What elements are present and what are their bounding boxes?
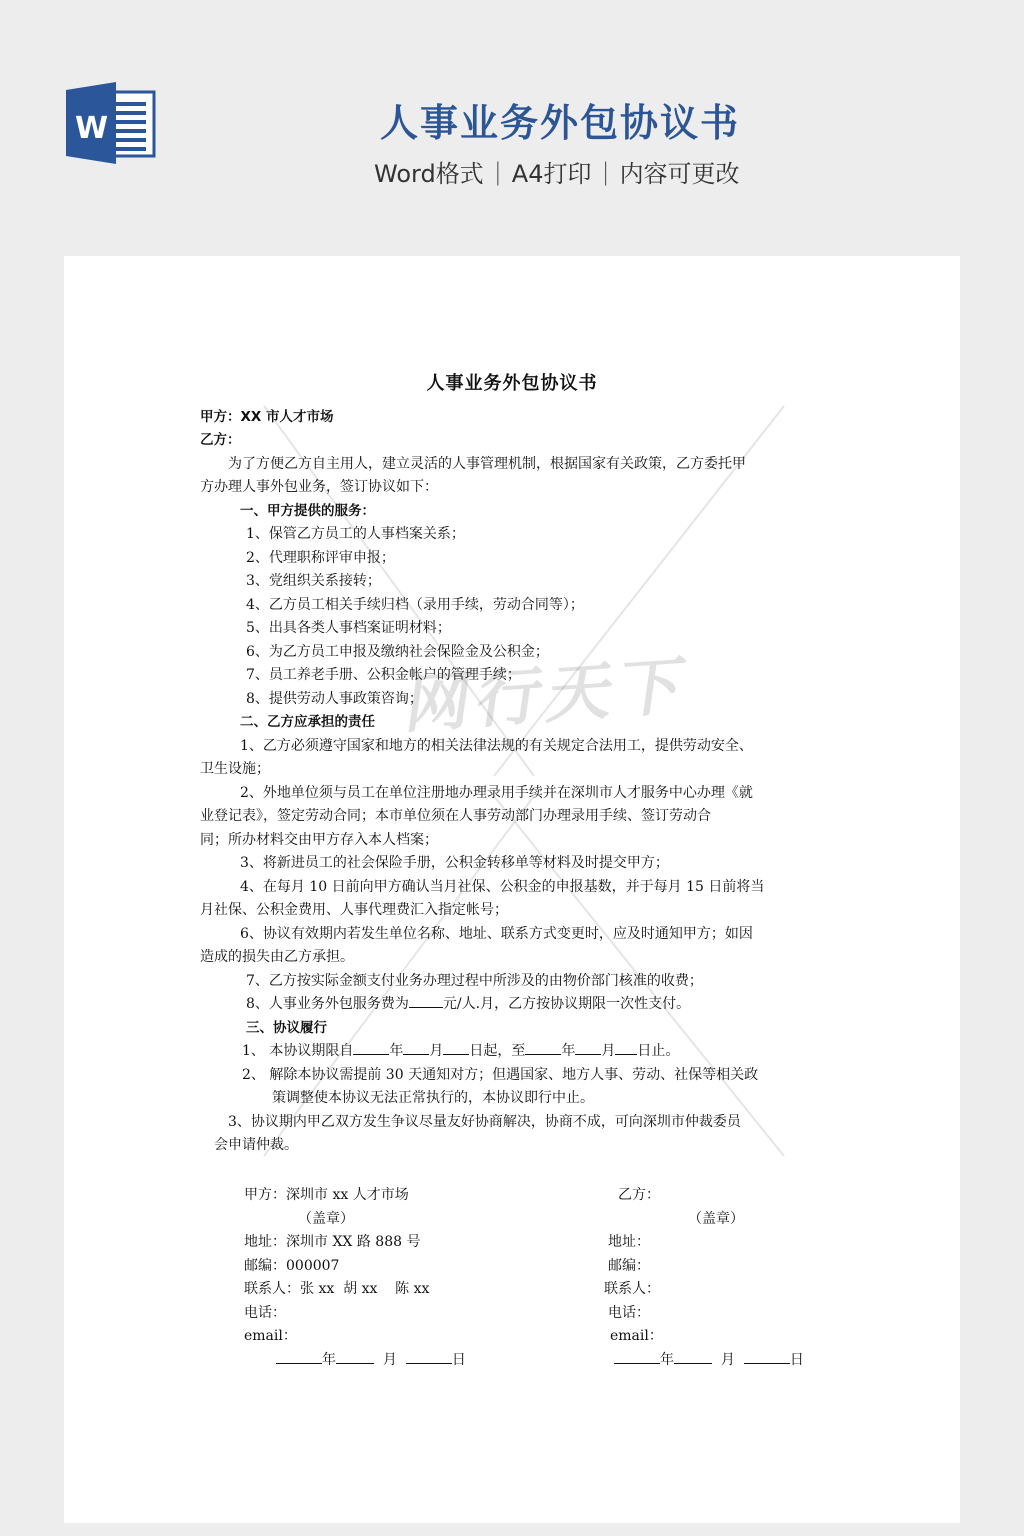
list-item: 1、保管乙方员工的人事档案关系； [200, 523, 824, 547]
party-a-address: 地址：深圳市 XX 路 888 号 [244, 1231, 564, 1255]
end-year-blank[interactable] [525, 1040, 561, 1055]
list-item: 6、协议有效期内若发生单位名称、地址、联系方式变更时，应及时通知甲方；如因 [200, 923, 824, 947]
header-subtitle: Word格式 | A4打印 | 内容可更改 [330, 154, 854, 189]
list-item-cont: 月社保、公积金费用、人事代理费汇入指定帐号； [200, 899, 824, 923]
intro-line: 方办理人事外包业务，签订协议如下： [200, 476, 824, 500]
signature-party-a: 甲方：深圳市 xx 人才市场 （盖章） 地址：深圳市 XX 路 888 号 邮编… [244, 1184, 564, 1372]
list-item: 7、员工养老手册、公积金帐户的管理手续； [200, 664, 824, 688]
term-2-cont: 策调整使本协议无法正常执行的，本协议即行中止。 [200, 1087, 824, 1111]
party-a-phone: 电话： [244, 1302, 564, 1326]
subtitle-editable: 内容可更改 [620, 154, 740, 189]
term-3-cont: 会申请仲裁。 [200, 1134, 824, 1158]
list-item: 7、乙方按实际金额支付业务办理过程中所涉及的由物价部门核准的收费； [200, 970, 824, 994]
party-a-contact: 联系人：张 xx 胡 xx 陈 xx [244, 1278, 564, 1302]
list-item: 1、乙方必须遵守国家和地方的相关法律法规的有关规定合法用工，提供劳动安全、 [200, 735, 824, 759]
intro-line: 为了方便乙方自主用人，建立灵活的人事管理机制，根据国家有关政策，乙方委托甲 [200, 453, 824, 477]
party-a: 甲方：XX 市人才市场 [200, 406, 824, 430]
month-blank[interactable] [336, 1349, 374, 1364]
list-item: 5、出具各类人事档案证明材料； [200, 617, 824, 641]
month-blank[interactable] [674, 1349, 712, 1364]
party-a-name: 甲方：深圳市 xx 人才市场 [244, 1184, 564, 1208]
end-month-blank[interactable] [575, 1040, 601, 1055]
party-a-email: email： [244, 1325, 564, 1349]
party-b-postcode: 邮编： [604, 1255, 864, 1279]
party-b-contact: 联系人： [604, 1278, 864, 1302]
list-item: 2、外地单位须与员工在单位注册地办理录用手续并在深圳市人才服务中心办理《就 [200, 782, 824, 806]
signature-party-b: 乙方： （盖章） 地址： 邮编： 联系人： 电话： email： 年 月 日 [604, 1184, 864, 1372]
start-month-blank[interactable] [403, 1040, 429, 1055]
list-item-cont: 卫生设施； [200, 758, 824, 782]
party-b-name: 乙方： [604, 1184, 864, 1208]
section-heading: 二、乙方应承担的责任 [200, 711, 824, 735]
year-blank[interactable] [614, 1349, 660, 1364]
word-document-icon: W [66, 82, 156, 164]
fee-blank[interactable] [409, 993, 443, 1008]
list-item: 2、代理职称评审申报； [200, 547, 824, 571]
party-b: 乙方： [200, 429, 824, 453]
section-heading: 三、协议履行 [200, 1017, 824, 1041]
document-title: 人事业务外包协议书 [200, 372, 824, 396]
party-b-address: 地址： [604, 1231, 864, 1255]
document-page: 网行天下 人事业务外包协议书 甲方：XX 市人才市场 乙方： 为了方便乙方自主用… [64, 256, 960, 1523]
end-day-blank[interactable] [615, 1040, 637, 1055]
document-body: 人事业务外包协议书 甲方：XX 市人才市场 乙方： 为了方便乙方自主用人，建立灵… [200, 372, 824, 1158]
party-b-seal: （盖章） [604, 1208, 864, 1232]
term-1: 1、 本协议期限自年月日起，至年月日止。 [200, 1040, 824, 1064]
term-3: 3、协议期内甲乙双方发生争议尽量友好协商解决，协商不成，可向深圳市仲裁委员 [200, 1111, 824, 1135]
separator: | [494, 158, 502, 186]
list-item-cont: 业登记表》，签定劳动合同；本市单位须在人事劳动部门办理录用手续、签订劳动合 [200, 805, 824, 829]
list-item: 8、提供劳动人事政策咨询； [200, 688, 824, 712]
list-item: 6、为乙方员工申报及缴纳社会保险金及公积金； [200, 641, 824, 665]
party-b-email: email： [604, 1325, 864, 1349]
start-day-blank[interactable] [443, 1040, 469, 1055]
party-a-postcode: 邮编：000007 [244, 1255, 564, 1279]
list-item: 4、乙方员工相关手续归档（录用手续，劳动合同等）； [200, 594, 824, 618]
list-item: 3、党组织关系接转； [200, 570, 824, 594]
year-blank[interactable] [276, 1349, 322, 1364]
subtitle-format: Word格式 [374, 154, 484, 189]
header-title: 人事业务外包协议书 [330, 92, 790, 147]
day-blank[interactable] [744, 1349, 790, 1364]
party-a-seal: （盖章） [244, 1208, 564, 1232]
separator: | [601, 158, 609, 186]
term-2: 2、 解除本协议需提前 30 天通知对方；但遇国家、地方人事、劳动、社保等相关政 [200, 1064, 824, 1088]
list-item: 3、将新进员工的社会保险手册，公积金转移单等材料及时提交甲方； [200, 852, 824, 876]
day-blank[interactable] [406, 1349, 452, 1364]
list-item-cont: 造成的损失由乙方承担。 [200, 946, 824, 970]
svg-text:W: W [75, 111, 108, 146]
subtitle-print: A4打印 [512, 154, 592, 189]
party-b-date: 年 月 日 [604, 1349, 864, 1373]
list-item-fee: 8、人事业务外包服务费为元/人.月，乙方按协议期限一次性支付。 [200, 993, 824, 1017]
list-item-cont: 同；所办材料交由甲方存入本人档案； [200, 829, 824, 853]
party-b-phone: 电话： [604, 1302, 864, 1326]
list-item: 4、在每月 10 日前向甲方确认当月社保、公积金的申报基数，并于每月 15 日前… [200, 876, 824, 900]
section-heading: 一、甲方提供的服务： [200, 500, 824, 524]
start-year-blank[interactable] [353, 1040, 389, 1055]
party-a-date: 年 月 日 [244, 1349, 564, 1373]
